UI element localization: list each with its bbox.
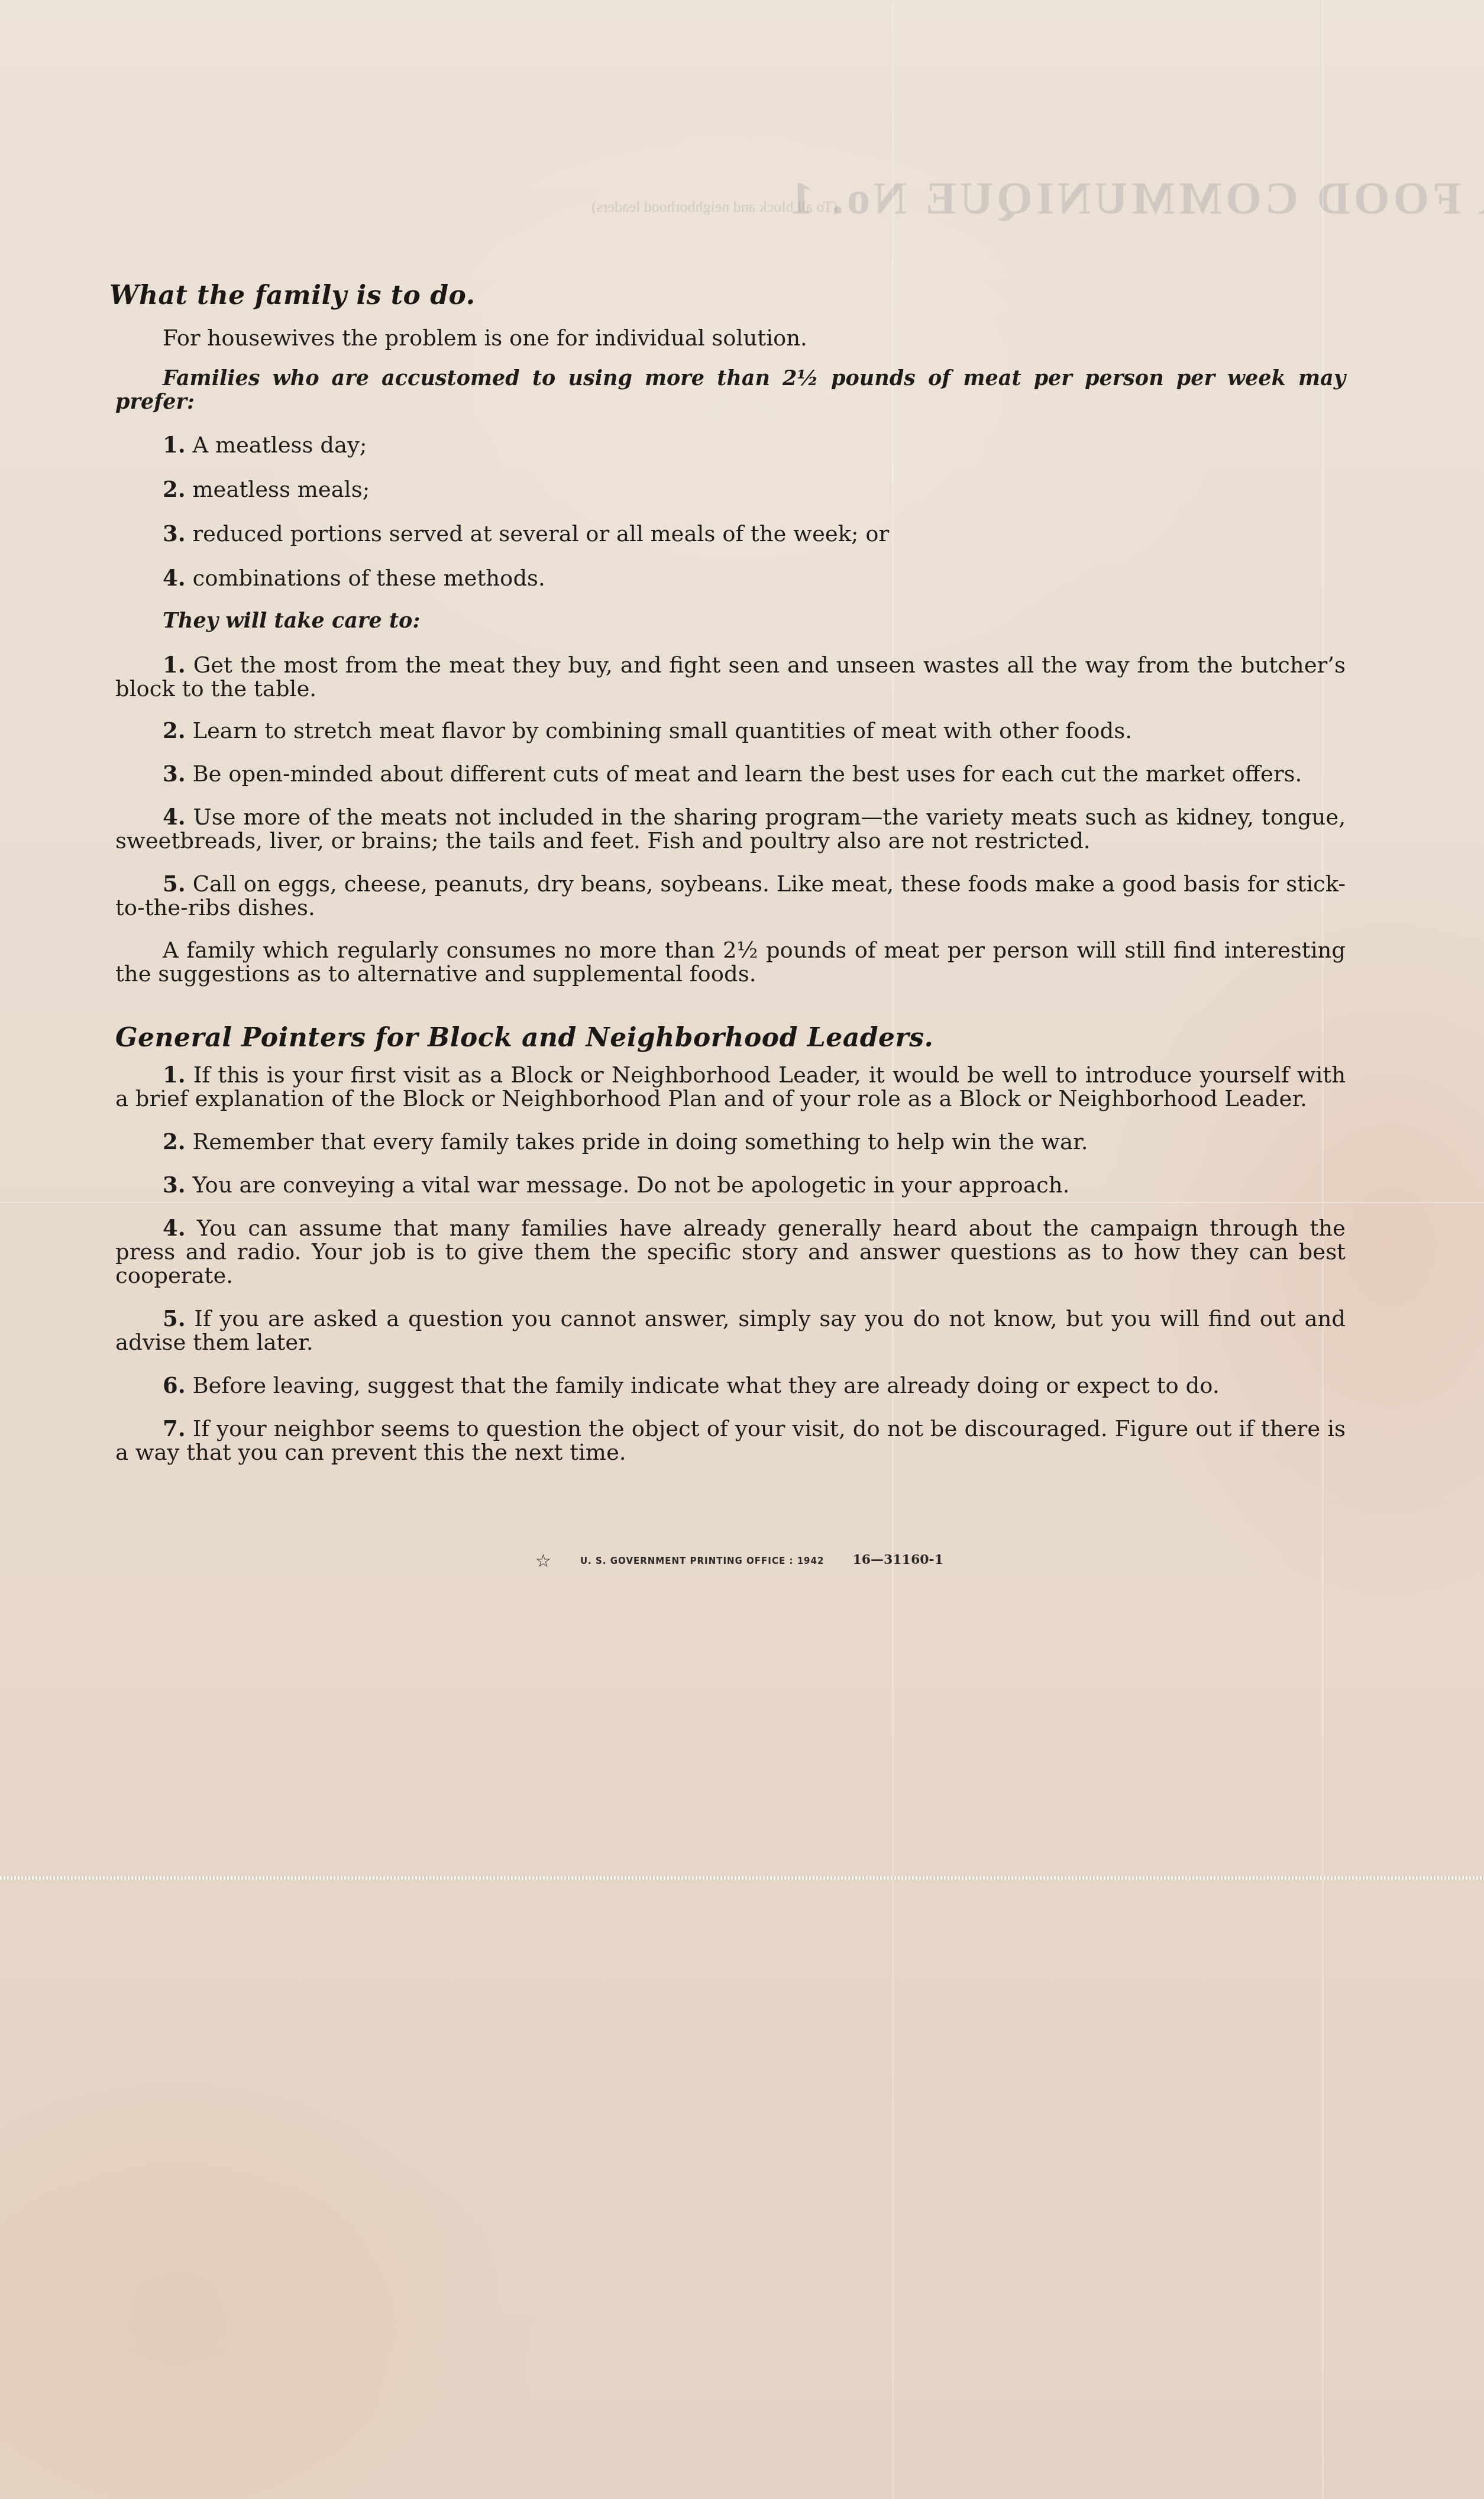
item-text: Use more of the meats not included in th… bbox=[115, 804, 1346, 854]
section-pointers: General Pointers for Block and Neighborh… bbox=[115, 1020, 1346, 1465]
list-item: 5. Call on eggs, cheese, peanuts, dry be… bbox=[115, 872, 1346, 920]
item-number: 1. bbox=[163, 652, 186, 678]
item-text: Be open-minded about different cuts of m… bbox=[192, 761, 1302, 787]
list-item: 3. reduced portions served at several or… bbox=[115, 522, 1346, 546]
star-icon: ☆ bbox=[535, 1551, 552, 1572]
list-item: 4. You can assume that many families hav… bbox=[115, 1216, 1346, 1288]
item-number: 2. bbox=[163, 1129, 186, 1155]
item-text: You can assume that many families have a… bbox=[115, 1215, 1346, 1288]
item-text: Call on eggs, cheese, peanuts, dry beans… bbox=[115, 871, 1346, 920]
list-item: 1. A meatless day; bbox=[115, 433, 1346, 457]
item-number: 4. bbox=[163, 804, 186, 830]
item-number: 5. bbox=[163, 871, 186, 897]
paragraph-closing: A family which regularly consumes no mor… bbox=[115, 939, 1346, 986]
item-text: If you are asked a question you cannot a… bbox=[115, 1306, 1346, 1355]
list-item: 2. Learn to stretch meat flavor by combi… bbox=[115, 719, 1346, 743]
list-item: 4. Use more of the meats not included in… bbox=[115, 805, 1346, 853]
list-item: 3. You are conveying a vital war message… bbox=[115, 1173, 1346, 1197]
item-number: 5. bbox=[163, 1305, 186, 1331]
item-text: Learn to stretch meat flavor by combinin… bbox=[192, 718, 1132, 743]
item-text: combinations of these methods. bbox=[192, 565, 545, 591]
printer-name: U. S. GOVERNMENT PRINTING OFFICE : 1942 bbox=[580, 1556, 824, 1566]
item-number: 1. bbox=[163, 1062, 186, 1088]
item-text: If this is your first visit as a Block o… bbox=[115, 1062, 1346, 1111]
item-number: 6. bbox=[163, 1372, 186, 1398]
printer-imprint: ☆U. S. GOVERNMENT PRINTING OFFICE : 1942… bbox=[535, 1551, 943, 1572]
list-item: 2. meatless meals; bbox=[115, 477, 1346, 502]
list-item: 1. If this is your first visit as a Bloc… bbox=[115, 1063, 1346, 1111]
perforation-line bbox=[0, 1876, 1484, 1880]
list-item: 4. combinations of these methods. bbox=[115, 566, 1346, 590]
document-body: What the family is to do. For housewives… bbox=[115, 278, 1346, 1465]
item-text: Get the most from the meat they buy, and… bbox=[115, 652, 1346, 701]
print-code: 16—31160-1 bbox=[852, 1552, 943, 1567]
item-number: 4. bbox=[163, 1215, 186, 1241]
item-number: 1. bbox=[163, 432, 186, 458]
item-text: reduced portions served at several or al… bbox=[192, 521, 889, 547]
paragraph-prefer-lead: Families who are accustomed to using mor… bbox=[115, 367, 1346, 414]
item-number: 3. bbox=[163, 1172, 186, 1198]
item-text: Before leaving, suggest that the family … bbox=[192, 1373, 1219, 1398]
section-heading: General Pointers for Block and Neighborh… bbox=[115, 1020, 1346, 1056]
item-number: 7. bbox=[163, 1415, 186, 1441]
list-item: 3. Be open-minded about different cuts o… bbox=[115, 762, 1346, 786]
item-text: If your neighbor seems to question the o… bbox=[115, 1416, 1346, 1465]
item-text: You are conveying a vital war message. D… bbox=[192, 1172, 1069, 1198]
item-number: 3. bbox=[163, 761, 186, 787]
item-text: meatless meals; bbox=[192, 477, 370, 502]
item-number: 4. bbox=[163, 565, 186, 591]
item-text: A meatless day; bbox=[192, 432, 367, 458]
paragraph-care-lead: They will take care to: bbox=[115, 609, 1346, 633]
list-item: 5. If you are asked a question you canno… bbox=[115, 1307, 1346, 1354]
list-item: 6. Before leaving, suggest that the fami… bbox=[115, 1373, 1346, 1398]
list-item: 7. If your neighbor seems to question th… bbox=[115, 1417, 1346, 1465]
item-number: 2. bbox=[163, 476, 186, 502]
list-item: 2. Remember that every family takes prid… bbox=[115, 1130, 1346, 1154]
item-number: 2. bbox=[163, 717, 186, 743]
section-family: What the family is to do. For housewives… bbox=[115, 278, 1346, 986]
item-text: Remember that every family takes pride i… bbox=[192, 1129, 1088, 1155]
list-item: 1. Get the most from the meat they buy, … bbox=[115, 653, 1346, 701]
item-number: 3. bbox=[163, 521, 186, 547]
section-heading: What the family is to do. bbox=[109, 278, 1346, 313]
paragraph-intro: For housewives the problem is one for in… bbox=[115, 326, 1346, 350]
